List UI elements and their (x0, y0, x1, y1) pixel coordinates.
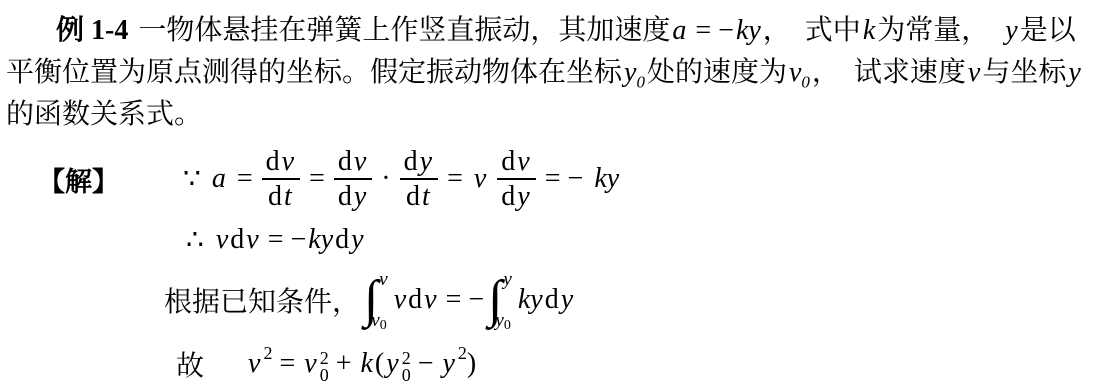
var-v: v (472, 163, 488, 195)
integral-limits: v v0 (378, 269, 387, 331)
problem-text: ， 试求速度 (812, 57, 966, 88)
lower-limit: y0 (495, 311, 510, 330)
fraction-dv-dy: dv dy (334, 146, 372, 213)
supsub-2-0: 20 (320, 350, 329, 384)
differential-d: d (408, 284, 422, 316)
solution-row-4: 故 v2 = v20 + k( y20 − y2 ) (176, 338, 1117, 389)
subscript-0: 0 (380, 318, 387, 333)
var-y: y (1066, 57, 1082, 88)
solution-label: 【解】 (38, 160, 119, 199)
equation-acceleration: ∵ a = dv dt = dv dy · dy dt = v (183, 146, 621, 213)
var-v: v (392, 284, 408, 316)
differential-d: d (230, 224, 244, 256)
var-a: a (670, 15, 688, 46)
problem-text: 为常量， (877, 15, 1003, 46)
upper-limit: y (503, 270, 511, 289)
subscript-0: 0 (402, 367, 411, 384)
solution-row-2: ∴ vdv = −kydy (186, 220, 1117, 260)
fraction-dv-dy: dv dy (497, 146, 535, 213)
therefore-symbol: ∴ (186, 223, 204, 257)
because-symbol: ∵ (183, 162, 201, 196)
var-v-squared: v (246, 348, 262, 380)
fraction-dy-dt: dy dt (400, 146, 438, 213)
equals-minus: = − (439, 284, 485, 316)
var-k: k (358, 348, 374, 380)
var-v: v (244, 224, 260, 256)
problem-text: ， 式中 (763, 15, 861, 46)
var-v: v (214, 224, 230, 256)
condition-text: 根据已知条件， (164, 280, 360, 320)
fraction-bar (400, 178, 438, 180)
equals-sign: = (309, 163, 325, 195)
document-page: 例 1-4一物体悬挂在弹簧上作竖直振动，其加速度a = −ky， 式中k为常量，… (0, 0, 1117, 389)
equation-integral: ∫ v v0 vdv = − ∫ y y0 kydy (360, 268, 575, 332)
supsub-2-0: 20 (402, 350, 411, 384)
fraction-bar (262, 178, 300, 180)
differential-d: d (545, 284, 559, 316)
plus-sign: + (336, 348, 352, 380)
right-paren: ) (467, 348, 476, 380)
upper-limit: v (379, 270, 387, 289)
var-a: a (210, 163, 228, 195)
var-ky: ky (516, 284, 545, 316)
op-equals-minus: = − (688, 15, 734, 46)
var-v: v (966, 57, 982, 88)
result-text: 故 (176, 344, 204, 384)
numerator: dv (334, 146, 372, 177)
problem-text: 是以 (1020, 15, 1076, 46)
numerator: dy (400, 146, 438, 177)
equals-sign: = (237, 163, 253, 195)
fraction-bar (497, 178, 535, 180)
var-v0: v0 (787, 57, 812, 88)
solution-row-1: 【解】 ∵ a = dv dt = dv dy · dy dt = v (0, 140, 1117, 218)
var-ky: ky (734, 15, 763, 46)
fraction-bar (334, 178, 372, 180)
integral-y0-y: ∫ y y0 (488, 268, 512, 332)
var-y-squared: y (440, 348, 456, 380)
problem-text: 与坐标 (982, 57, 1066, 88)
subscript-0: 0 (320, 367, 329, 384)
equals-sign: = (447, 163, 463, 195)
var-ky: ky (592, 163, 621, 195)
minus-sign: − (418, 348, 434, 380)
equation-differential: ∴ vdv = −kydy (186, 223, 366, 257)
numerator: dv (262, 146, 300, 177)
solution-row-3: 根据已知条件， ∫ v v0 vdv = − ∫ y y0 kydy (164, 266, 1117, 334)
equals-minus: = − (261, 224, 307, 256)
var-y: y (349, 224, 365, 256)
var-k: k (861, 15, 877, 46)
denominator: dt (264, 181, 298, 212)
integral-v0-v: ∫ v v0 (364, 268, 388, 332)
var-v: v (422, 284, 438, 316)
example-label: 例 1-4 (56, 15, 128, 46)
problem-line-1: 例 1-4一物体悬挂在弹簧上作竖直振动，其加速度a = −ky， 式中k为常量，… (0, 10, 1117, 52)
left-paren: ( (375, 348, 384, 380)
differential-d: d (335, 224, 349, 256)
denominator: dt (402, 181, 436, 212)
var-v0-squared: v (302, 348, 318, 380)
denominator: dy (497, 181, 535, 212)
equals-sign: = (279, 348, 295, 380)
subscript-0: 0 (504, 318, 511, 333)
lower-limit: v0 (371, 311, 386, 330)
equals-minus: = − (545, 163, 584, 195)
var-y0-squared: y (384, 348, 400, 380)
integral-limits: y y0 (502, 269, 511, 331)
problem-line-2: 平衡位置为原点测得的坐标。假定振动物体在坐标y0处的速度为v0， 试求速度v与坐… (0, 52, 1117, 94)
var-ky: ky (306, 224, 335, 256)
problem-text: 一物体悬挂在弹簧上作竖直振动，其加速度 (138, 15, 670, 46)
var-y0: y0 (622, 57, 647, 88)
var-y: y (559, 284, 575, 316)
denominator: dy (334, 181, 372, 212)
var-y: y (1003, 15, 1019, 46)
equation-result: v2 = v20 + k( y20 − y2 ) (246, 347, 476, 381)
superscript-2: 2 (458, 343, 467, 364)
subscript-0: 0 (636, 73, 645, 92)
multiplication-dot: · (381, 163, 390, 195)
problem-text: 的函数关系式。 (6, 99, 202, 130)
superscript-2: 2 (263, 343, 272, 364)
problem-text: 处的速度为 (647, 57, 787, 88)
problem-line-3: 的函数关系式。 (0, 94, 1117, 136)
numerator: dv (497, 146, 535, 177)
subscript-0: 0 (801, 73, 810, 92)
fraction-dv-dt: dv dt (262, 146, 300, 213)
problem-text: 平衡位置为原点测得的坐标。假定振动物体在坐标 (6, 57, 622, 88)
